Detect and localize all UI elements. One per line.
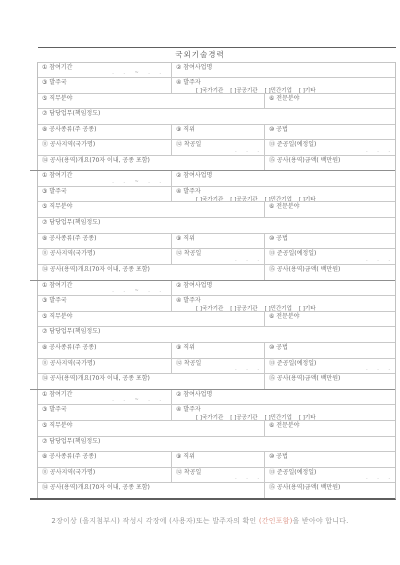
- field-specialty-field: ⑥ 전문분야: [264, 312, 395, 327]
- row-overview-amount: ⑭ 공사(용역)개요(70자 이내, 공종 포함) ⑮ 공사(용역)금액( 백만…: [38, 264, 395, 280]
- orderer-label: ④ 발주자: [176, 406, 393, 414]
- field-method: ⑩ 공법: [264, 343, 395, 358]
- row-duty-specialty: ⑤ 직무분야 ⑥ 전문분야: [38, 93, 395, 108]
- field-project-name: ② 참여사업명: [171, 63, 395, 77]
- left-gutter-column: [30, 390, 37, 498]
- left-gutter-column: [30, 171, 37, 279]
- orderer-type-checkbox-group: [ ]국가기관[ ]공공기관[ ]민간기업[ ]기타: [196, 88, 393, 92]
- row-overview-amount: ⑭ 공사(용역)개요(70자 이내, 공종 포함) ⑮ 공사(용역)금액( 백만…: [38, 482, 395, 498]
- field-start-date: ⑫ 착공일 . . .: [171, 140, 264, 154]
- field-completion-date: ⑬ 준공일(예정일) . . .: [264, 249, 395, 264]
- orderer-option-government: [ ]국가기관: [196, 415, 223, 420]
- completion-date-placeholder: . . .: [366, 475, 390, 481]
- row-region-dates: ⑪ 공사지역(국가명) ⑫ 착공일 . . . ⑬ 준공일(예정일) . . .: [38, 467, 395, 483]
- field-ordering-country: ③ 발주국: [38, 296, 171, 311]
- page-title: 국외기술경력: [0, 49, 400, 60]
- career-entry-fields: ① 참여기간 . . ~ . . ② 참여사업명 ③ 발주국 ④ 발주자 [ ]…: [37, 281, 395, 389]
- start-date-placeholder: . . .: [235, 148, 259, 154]
- specialty-field-label: ⑥ 전문분야: [269, 422, 393, 430]
- field-start-date: ⑫ 착공일 . . .: [171, 249, 264, 264]
- field-overview: ⑭ 공사(용역)개요(70자 이내, 공종 포함): [38, 483, 264, 498]
- participation-period-date-placeholder: . . ~ . .: [112, 397, 161, 403]
- field-duty-field: ⑤ 직무분야: [38, 202, 264, 217]
- footer-note-prefix: 2장이상 (을지첨부시) 작성시 각장에 (사용자)또는 발주자의 확인: [51, 517, 258, 525]
- construction-type-label: ⑧ 공사종류(주 공종): [42, 235, 169, 243]
- field-responsibility: ⑦ 담당업무(책임정도): [38, 437, 395, 452]
- row-region-dates: ⑪ 공사지역(국가명) ⑫ 착공일 . . . ⑬ 준공일(예정일) . . .: [38, 358, 395, 374]
- orderer-option-government: [ ]국가기관: [196, 197, 223, 202]
- orderer-option-government: [ ]국가기관: [196, 88, 223, 92]
- amount-label: ⑮ 공사(용역)금액( 백만원): [269, 157, 393, 165]
- position-label: ⑨ 직위: [176, 126, 262, 134]
- method-label: ⑩ 공법: [269, 344, 393, 352]
- position-label: ⑨ 직위: [176, 344, 262, 352]
- orderer-option-other: [ ]기타: [299, 197, 316, 202]
- orderer-option-public: [ ]공공기관: [230, 88, 257, 92]
- orderer-option-public: [ ]공공기관: [230, 415, 257, 420]
- field-duty-field: ⑤ 직무분야: [38, 421, 264, 436]
- career-entry-block: ① 참여기간 . . ~ . . ② 참여사업명 ③ 발주국 ④ 발주자 [ ]…: [30, 389, 395, 498]
- project-name-label: ② 참여사업명: [176, 172, 393, 180]
- field-amount: ⑮ 공사(용역)금액( 백만원): [264, 265, 395, 280]
- field-overview: ⑭ 공사(용역)개요(70자 이내, 공종 포함): [38, 374, 264, 389]
- field-overview: ⑭ 공사(용역)개요(70자 이내, 공종 포함): [38, 156, 264, 170]
- row-type-position-method: ⑧ 공사종류(주 공종) ⑨ 직위 ⑩ 공법: [38, 342, 395, 358]
- project-name-label: ② 참여사업명: [176, 64, 393, 72]
- method-label: ⑩ 공법: [269, 126, 393, 134]
- field-specialty-field: ⑥ 전문분야: [264, 421, 395, 436]
- field-completion-date: ⑬ 준공일(예정일) . . .: [264, 359, 395, 374]
- field-participation-period: ① 참여기간 . . ~ . .: [38, 281, 171, 296]
- overview-label: ⑭ 공사(용역)개요(70자 이내, 공종 포함): [42, 375, 262, 383]
- field-duty-field: ⑤ 직무분야: [38, 312, 264, 327]
- field-method: ⑩ 공법: [264, 452, 395, 467]
- amount-label: ⑮ 공사(용역)금액( 백만원): [269, 484, 393, 492]
- field-construction-type: ⑧ 공사종류(주 공종): [38, 234, 171, 249]
- orderer-option-private: [ ]민간기업: [265, 306, 292, 311]
- specialty-field-label: ⑥ 전문분야: [269, 95, 393, 103]
- field-project-name: ② 참여사업명: [171, 390, 395, 405]
- row-duty-specialty: ⑤ 직무분야 ⑥ 전문분야: [38, 311, 395, 327]
- participation-period-date-placeholder: . . ~ . .: [112, 288, 161, 294]
- start-date-placeholder: . . .: [235, 257, 259, 263]
- field-participation-period: ① 참여기간 . . ~ . .: [38, 63, 171, 77]
- region-label: ⑪ 공사지역(국가명): [42, 360, 169, 368]
- career-entry-fields: ① 참여기간 . . ~ . . ② 참여사업명 ③ 발주국 ④ 발주자 [ ]…: [37, 62, 395, 170]
- orderer-option-private: [ ]민간기업: [265, 415, 292, 420]
- row-overview-amount: ⑭ 공사(용역)개요(70자 이내, 공종 포함) ⑮ 공사(용역)금액( 백만…: [38, 155, 395, 170]
- field-region: ⑪ 공사지역(국가명): [38, 249, 171, 264]
- field-amount: ⑮ 공사(용역)금액( 백만원): [264, 374, 395, 389]
- row-type-position-method: ⑧ 공사종류(주 공종) ⑨ 직위 ⑩ 공법: [38, 233, 395, 249]
- field-participation-period: ① 참여기간 . . ~ . .: [38, 390, 171, 405]
- row-country-orderer: ③ 발주국 ④ 발주자 [ ]국가기관[ ]공공기관[ ]민간기업[ ]기타: [38, 404, 395, 420]
- participation-period-date-placeholder: . . ~ . .: [112, 179, 161, 185]
- footer-note-highlight: (간인포함): [259, 517, 293, 525]
- ordering-country-label: ③ 발주국: [42, 79, 169, 87]
- row-type-position-method: ⑧ 공사종류(주 공종) ⑨ 직위 ⑩ 공법: [38, 451, 395, 467]
- form-sheet: 국외기술경력 ① 참여기간 . . ~ . . ② 참여사업명 ③ 발주국: [0, 0, 400, 565]
- orderer-label: ④ 발주자: [176, 188, 393, 196]
- row-period-project: ① 참여기간 . . ~ . . ② 참여사업명: [38, 390, 395, 405]
- ordering-country-label: ③ 발주국: [42, 188, 169, 196]
- row-country-orderer: ③ 발주국 ④ 발주자 [ ]국가기관[ ]공공기관[ ]민간기업[ ]기타: [38, 295, 395, 311]
- field-specialty-field: ⑥ 전문분야: [264, 202, 395, 217]
- start-date-placeholder: . . .: [235, 475, 259, 481]
- field-orderer: ④ 발주자 [ ]국가기관[ ]공공기관[ ]민간기업[ ]기타: [171, 78, 395, 92]
- orderer-type-checkbox-group: [ ]국가기관[ ]공공기관[ ]민간기업[ ]기타: [196, 415, 393, 420]
- construction-type-label: ⑧ 공사종류(주 공종): [42, 126, 169, 134]
- amount-label: ⑮ 공사(용역)금액( 백만원): [269, 266, 393, 274]
- project-name-label: ② 참여사업명: [176, 282, 393, 290]
- orderer-label: ④ 발주자: [176, 297, 393, 305]
- field-position: ⑨ 직위: [171, 452, 264, 467]
- field-orderer: ④ 발주자 [ ]국가기관[ ]공공기관[ ]민간기업[ ]기타: [171, 187, 395, 202]
- responsibility-label: ⑦ 담당업무(책임정도): [42, 438, 393, 446]
- construction-type-label: ⑧ 공사종류(주 공종): [42, 453, 169, 461]
- completion-date-placeholder: . . .: [366, 148, 390, 154]
- orderer-option-other: [ ]기타: [299, 306, 316, 311]
- region-label: ⑪ 공사지역(국가명): [42, 469, 169, 477]
- field-start-date: ⑫ 착공일 . . .: [171, 359, 264, 374]
- orderer-option-public: [ ]공공기관: [230, 197, 257, 202]
- duty-field-label: ⑤ 직무분야: [42, 422, 262, 430]
- field-construction-type: ⑧ 공사종류(주 공종): [38, 452, 171, 467]
- field-region: ⑪ 공사지역(국가명): [38, 468, 171, 483]
- orderer-type-checkbox-group: [ ]국가기관[ ]공공기관[ ]민간기업[ ]기타: [196, 197, 393, 202]
- duty-field-label: ⑤ 직무분야: [42, 95, 262, 103]
- orderer-option-private: [ ]민간기업: [265, 88, 292, 92]
- field-completion-date: ⑬ 준공일(예정일) . . .: [264, 468, 395, 483]
- row-region-dates: ⑪ 공사지역(국가명) ⑫ 착공일 . . . ⑬ 준공일(예정일) . . .: [38, 248, 395, 264]
- field-construction-type: ⑧ 공사종류(주 공종): [38, 343, 171, 358]
- overview-label: ⑭ 공사(용역)개요(70자 이내, 공종 포함): [42, 484, 262, 492]
- orderer-option-government: [ ]국가기관: [196, 306, 223, 311]
- responsibility-label: ⑦ 담당업무(책임정도): [42, 328, 393, 336]
- field-region: ⑪ 공사지역(국가명): [38, 359, 171, 374]
- career-entry-fields: ① 참여기간 . . ~ . . ② 참여사업명 ③ 발주국 ④ 발주자 [ ]…: [37, 171, 395, 279]
- row-region-dates: ⑪ 공사지역(국가명) ⑫ 착공일 . . . ⑬ 준공일(예정일) . . .: [38, 139, 395, 154]
- position-label: ⑨ 직위: [176, 235, 262, 243]
- footer-note: 2장이상 (을지첨부시) 작성시 각장에 (사용자)또는 발주자의 확인 (간인…: [0, 516, 400, 526]
- region-label: ⑪ 공사지역(국가명): [42, 250, 169, 258]
- field-duty-field: ⑤ 직무분야: [38, 94, 264, 108]
- title-top-rule: [38, 47, 396, 48]
- duty-field-label: ⑤ 직무분야: [42, 203, 262, 211]
- position-label: ⑨ 직위: [176, 453, 262, 461]
- field-amount: ⑮ 공사(용역)금액( 백만원): [264, 483, 395, 498]
- orderer-option-other: [ ]기타: [299, 415, 316, 420]
- row-country-orderer: ③ 발주국 ④ 발주자 [ ]국가기관[ ]공공기관[ ]민간기업[ ]기타: [38, 186, 395, 202]
- field-amount: ⑮ 공사(용역)금액( 백만원): [264, 156, 395, 170]
- field-method: ⑩ 공법: [264, 234, 395, 249]
- field-project-name: ② 참여사업명: [171, 281, 395, 296]
- overview-label: ⑭ 공사(용역)개요(70자 이내, 공종 포함): [42, 266, 262, 274]
- overview-label: ⑭ 공사(용역)개요(70자 이내, 공종 포함): [42, 157, 262, 165]
- row-type-position-method: ⑧ 공사종류(주 공종) ⑨ 직위 ⑩ 공법: [38, 124, 395, 139]
- project-name-label: ② 참여사업명: [176, 391, 393, 399]
- row-overview-amount: ⑭ 공사(용역)개요(70자 이내, 공종 포함) ⑮ 공사(용역)금액( 백만…: [38, 373, 395, 389]
- method-label: ⑩ 공법: [269, 453, 393, 461]
- field-completion-date: ⑬ 준공일(예정일) . . .: [264, 140, 395, 154]
- field-ordering-country: ③ 발주국: [38, 187, 171, 202]
- field-participation-period: ① 참여기간 . . ~ . .: [38, 171, 171, 186]
- ordering-country-label: ③ 발주국: [42, 406, 169, 414]
- orderer-option-public: [ ]공공기관: [230, 306, 257, 311]
- row-responsibility: ⑦ 담당업무(책임정도): [38, 326, 395, 342]
- footer-note-suffix: 을 받아야 합니다.: [293, 517, 349, 525]
- field-method: ⑩ 공법: [264, 125, 395, 139]
- field-orderer: ④ 발주자 [ ]국가기관[ ]공공기관[ ]민간기업[ ]기타: [171, 296, 395, 311]
- completion-date-placeholder: . . .: [366, 366, 390, 372]
- left-gutter-column: [30, 281, 37, 389]
- row-period-project: ① 참여기간 . . ~ . . ② 참여사업명: [38, 171, 395, 186]
- orderer-type-checkbox-group: [ ]국가기관[ ]공공기관[ ]민간기업[ ]기타: [196, 306, 393, 311]
- career-entry-block: ① 참여기간 . . ~ . . ② 참여사업명 ③ 발주국 ④ 발주자 [ ]…: [30, 170, 395, 279]
- row-period-project: ① 참여기간 . . ~ . . ② 참여사업명: [38, 281, 395, 296]
- field-ordering-country: ③ 발주국: [38, 78, 171, 92]
- orderer-option-private: [ ]민간기업: [265, 197, 292, 202]
- field-responsibility: ⑦ 담당업무(책임정도): [38, 109, 395, 123]
- responsibility-label: ⑦ 담당업무(책임정도): [42, 110, 393, 118]
- row-duty-specialty: ⑤ 직무분야 ⑥ 전문분야: [38, 201, 395, 217]
- row-responsibility: ⑦ 담당업무(책임정도): [38, 108, 395, 123]
- specialty-field-label: ⑥ 전문분야: [269, 313, 393, 321]
- field-specialty-field: ⑥ 전문분야: [264, 94, 395, 108]
- row-country-orderer: ③ 발주국 ④ 발주자 [ ]국가기관[ ]공공기관[ ]민간기업[ ]기타: [38, 77, 395, 92]
- construction-type-label: ⑧ 공사종류(주 공종): [42, 344, 169, 352]
- field-start-date: ⑫ 착공일 . . .: [171, 468, 264, 483]
- field-responsibility: ⑦ 담당업무(책임정도): [38, 327, 395, 342]
- ordering-country-label: ③ 발주국: [42, 297, 169, 305]
- start-date-placeholder: . . .: [235, 366, 259, 372]
- field-position: ⑨ 직위: [171, 343, 264, 358]
- responsibility-label: ⑦ 담당업무(책임정도): [42, 219, 393, 227]
- career-entry-fields: ① 참여기간 . . ~ . . ② 참여사업명 ③ 발주국 ④ 발주자 [ ]…: [37, 390, 395, 498]
- left-gutter-column: [30, 62, 37, 170]
- row-period-project: ① 참여기간 . . ~ . . ② 참여사업명: [38, 63, 395, 77]
- specialty-field-label: ⑥ 전문분야: [269, 203, 393, 211]
- completion-date-placeholder: . . .: [366, 257, 390, 263]
- field-position: ⑨ 직위: [171, 125, 264, 139]
- field-responsibility: ⑦ 담당업무(책임정도): [38, 218, 395, 233]
- orderer-label: ④ 발주자: [176, 79, 393, 87]
- field-overview: ⑭ 공사(용역)개요(70자 이내, 공종 포함): [38, 265, 264, 280]
- field-ordering-country: ③ 발주국: [38, 405, 171, 420]
- career-entry-block: ① 참여기간 . . ~ . . ② 참여사업명 ③ 발주국 ④ 발주자 [ ]…: [30, 62, 395, 170]
- field-region: ⑪ 공사지역(국가명): [38, 140, 171, 154]
- row-responsibility: ⑦ 담당업무(책임정도): [38, 217, 395, 233]
- amount-label: ⑮ 공사(용역)금액( 백만원): [269, 375, 393, 383]
- career-table: ① 참여기간 . . ~ . . ② 참여사업명 ③ 발주국 ④ 발주자 [ ]…: [30, 62, 396, 500]
- field-project-name: ② 참여사업명: [171, 171, 395, 186]
- orderer-option-other: [ ]기타: [299, 88, 316, 92]
- field-construction-type: ⑧ 공사종류(주 공종): [38, 125, 171, 139]
- row-duty-specialty: ⑤ 직무분야 ⑥ 전문분야: [38, 420, 395, 436]
- method-label: ⑩ 공법: [269, 235, 393, 243]
- field-position: ⑨ 직위: [171, 234, 264, 249]
- career-entry-block: ① 참여기간 . . ~ . . ② 참여사업명 ③ 발주국 ④ 발주자 [ ]…: [30, 280, 395, 389]
- participation-period-date-placeholder: . . ~ . .: [112, 70, 161, 76]
- field-orderer: ④ 발주자 [ ]국가기관[ ]공공기관[ ]민간기업[ ]기타: [171, 405, 395, 420]
- row-responsibility: ⑦ 담당업무(책임정도): [38, 436, 395, 452]
- region-label: ⑪ 공사지역(국가명): [42, 141, 169, 149]
- duty-field-label: ⑤ 직무분야: [42, 313, 262, 321]
